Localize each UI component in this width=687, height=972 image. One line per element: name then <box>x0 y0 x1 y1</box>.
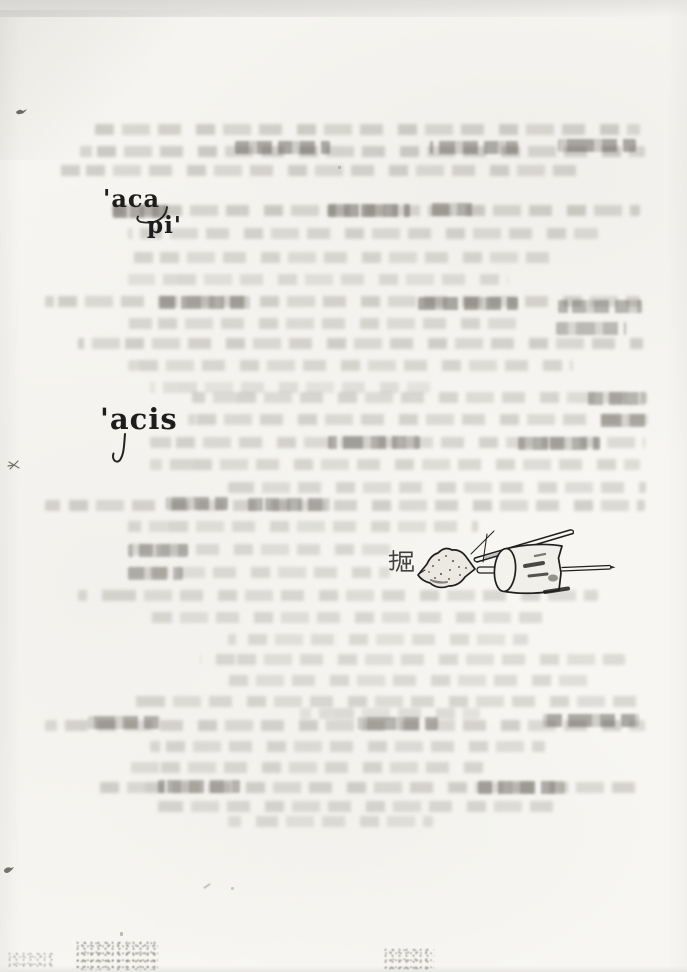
faded-text-dark-spot <box>518 437 600 450</box>
scanned-document-page: 'aca pi' 'acis <box>0 0 687 972</box>
faded-text-dark-spot <box>128 567 183 580</box>
faded-text-line <box>150 459 640 470</box>
faded-text-line <box>45 500 645 511</box>
faded-text-line <box>45 296 640 307</box>
faded-text-dark-spot <box>558 139 636 152</box>
faded-text-line <box>150 612 555 623</box>
faded-text-line <box>128 360 573 371</box>
annotation-pi-text: pi' <box>147 214 182 237</box>
faded-text-dark-spot <box>328 436 420 449</box>
noise-patch-bottom-left <box>8 952 54 968</box>
faded-text-line <box>128 318 523 329</box>
faded-text-dark-spot <box>88 716 160 729</box>
faded-text-line <box>228 675 593 686</box>
faded-text-line <box>200 654 625 665</box>
faded-text-dark-spot <box>248 498 330 511</box>
stone-tool-sketch <box>405 518 625 613</box>
faded-text-line <box>228 482 646 493</box>
faded-print-layer <box>0 0 687 972</box>
faded-text-line <box>52 165 582 176</box>
faded-text-dark-spot <box>556 322 626 335</box>
faded-text-line <box>228 816 433 827</box>
dust-dot-3 <box>338 166 341 169</box>
faded-text-dark-spot <box>158 780 240 793</box>
annotation-acis-text: 'acis <box>100 405 178 434</box>
faded-text-dark-spot <box>430 141 518 154</box>
ink-speck-top-left <box>14 106 30 118</box>
faded-text-dark-spot <box>128 544 188 557</box>
faded-text-line <box>228 634 528 645</box>
faded-text-dark-spot <box>166 497 228 510</box>
faded-text-line <box>150 741 545 752</box>
faded-text-line <box>95 124 640 135</box>
faded-text-dark-spot <box>478 781 564 794</box>
faded-text-line <box>128 696 643 707</box>
faded-text-dark-spot <box>543 714 639 727</box>
dust-dot-2 <box>231 887 234 890</box>
faded-text-line <box>128 252 558 263</box>
faded-text-dark-spot <box>418 297 518 310</box>
ink-speck-bottom-left <box>2 863 16 876</box>
faded-text-dark-spot <box>158 296 250 309</box>
ink-speck-left-middle <box>7 459 21 471</box>
faded-text-line <box>128 274 508 285</box>
faded-text-line <box>78 338 643 349</box>
noise-patch-bottom-center <box>384 948 434 972</box>
faded-text-dark-spot <box>235 141 330 154</box>
faded-text-dark-spot <box>358 717 438 730</box>
annotation-hook-line <box>110 432 138 468</box>
dust-dot <box>120 932 123 936</box>
faded-text-line <box>128 228 598 239</box>
faded-text-dark-spot <box>328 204 410 217</box>
noise-patch-bottom-center-left <box>76 941 158 970</box>
faded-text-line <box>192 392 647 403</box>
faded-text-line <box>188 414 648 425</box>
faded-text-line <box>150 801 560 812</box>
faded-text-dark-spot <box>598 414 648 427</box>
faded-text-dark-spot <box>588 392 646 405</box>
faded-text-line <box>128 762 488 773</box>
faded-text-dark-spot <box>428 203 474 216</box>
faded-text-dark-spot <box>558 300 642 313</box>
